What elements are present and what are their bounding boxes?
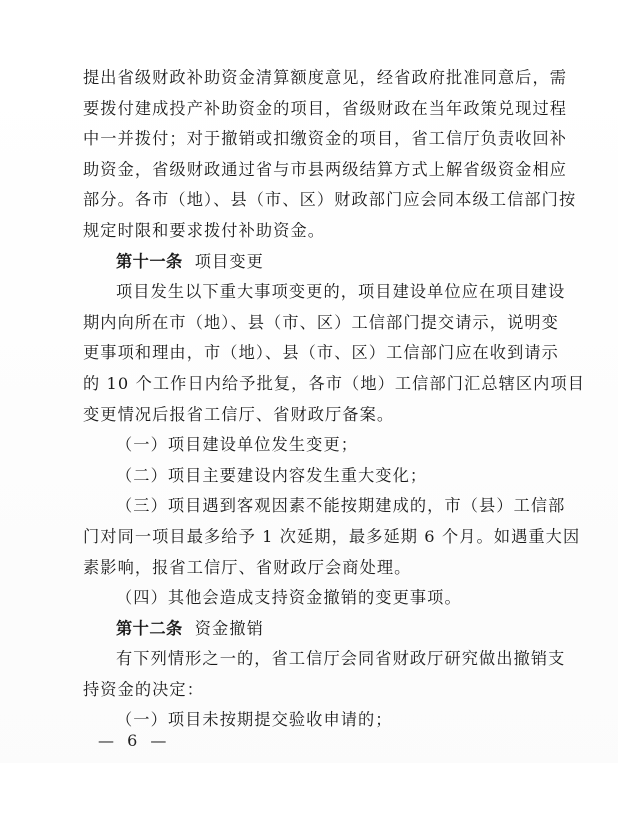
article-11-number: 第十一条 bbox=[116, 252, 183, 271]
article-12-heading: 第十二条资金撤销 bbox=[83, 614, 519, 645]
article-12-number: 第十二条 bbox=[116, 619, 183, 638]
list-item: （四）其他会造成支持资金撤销的变更事项。 bbox=[83, 583, 519, 614]
paragraph-line: 要拨付建成投产补助资金的项目，省级财政在当年政策兑现过程 bbox=[83, 94, 519, 125]
paragraph-line: 项目发生以下重大事项变更的，项目建设单位应在项目建设 bbox=[83, 277, 519, 308]
document-page: 提出省级财政补助资金清算额度意见，经省政府批准同意后，需 要拨付建成投产补助资金… bbox=[83, 63, 519, 736]
article-12-title: 资金撤销 bbox=[195, 619, 264, 638]
paragraph-line: 更事项和理由，市（地）、县（市、区）工信部门应在收到请示 bbox=[83, 338, 519, 369]
paragraph-line: 有下列情形之一的，省工信厅会同省财政厅研究做出撤销支 bbox=[83, 644, 519, 675]
paragraph-line: 规定时限和要求拨付补助资金。 bbox=[83, 216, 519, 247]
paragraph-line: 提出省级财政补助资金清算额度意见，经省政府批准同意后，需 bbox=[83, 63, 519, 94]
page-number: — 6 — bbox=[98, 731, 170, 750]
list-item: （二）项目主要建设内容发生重大变化； bbox=[83, 461, 519, 492]
list-item: （三）项目遇到客观因素不能按期建成的，市（县）工信部 bbox=[83, 491, 519, 522]
paragraph-line: 中一并拨付；对于撤销或扣缴资金的项目，省工信厅负责收回补 bbox=[83, 124, 519, 155]
paragraph-line: 变更情况后报省工信厅、省财政厅备案。 bbox=[83, 400, 519, 431]
paragraph-line: 部分。各市（地）、县（市、区）财政部门应会同本级工信部门按 bbox=[83, 185, 519, 216]
article-11-title: 项目变更 bbox=[195, 252, 264, 271]
article-11-heading: 第十一条项目变更 bbox=[83, 247, 519, 278]
paragraph-line: 持资金的决定： bbox=[83, 675, 519, 706]
paragraph-line: 期内向所在市（地）、县（市、区）工信部门提交请示，说明变 bbox=[83, 308, 519, 339]
paragraph-line: 助资金，省级财政通过省与市县两级结算方式上解省级资金相应 bbox=[83, 155, 519, 186]
list-item: （一）项目建设单位发生变更； bbox=[83, 430, 519, 461]
list-item-continued: 门对同一项目最多给予 1 次延期，最多延期 6 个月。如遇重大因 bbox=[83, 522, 519, 553]
list-item-continued: 素影响，报省工信厅、省财政厅会商处理。 bbox=[83, 553, 519, 584]
paragraph-line: 的 10 个工作日内给予批复，各市（地）工信部门汇总辖区内项目 bbox=[83, 369, 519, 400]
